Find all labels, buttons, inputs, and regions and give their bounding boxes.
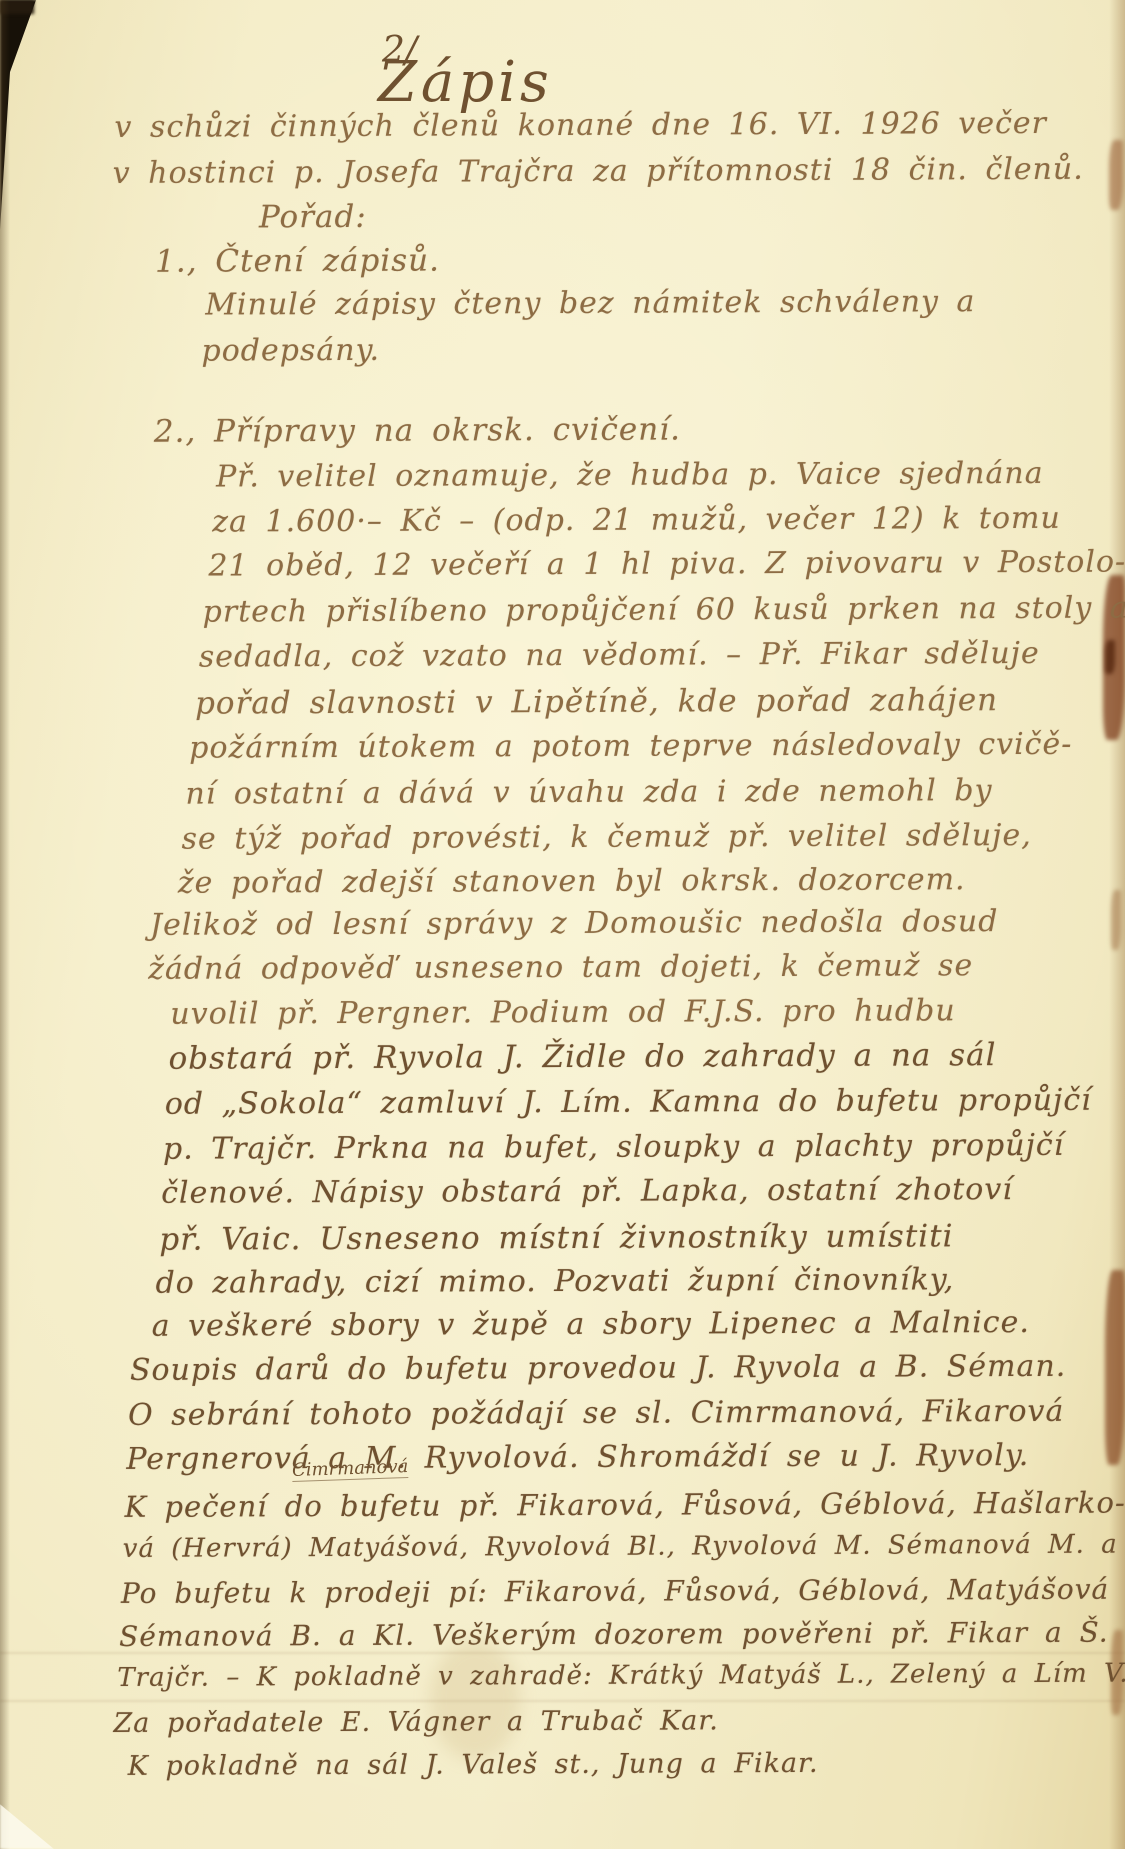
handwritten-line: členové. Nápisy obstará př. Lapka, ostat… — [161, 1172, 1013, 1211]
handwritten-line: K pečení do bufetu př. Fikarová, Fůsová,… — [124, 1486, 1125, 1524]
handwritten-line: požárním útokem a potom teprve následova… — [189, 727, 1072, 766]
handwritten-line: podepsány. — [201, 333, 380, 369]
handwritten-line: Za pořadatele E. Vágner a Trubač Kar. — [113, 1705, 719, 1739]
handwritten-line: do zahrady, cizí mimo. Pozvati župní čin… — [155, 1262, 954, 1300]
handwritten-line: za 1.600·– Kč – (odp. 21 mužů, večer 12)… — [212, 501, 1061, 540]
handwritten-line: Př. velitel oznamuje, že hudba p. Vaice … — [216, 456, 1044, 495]
handwritten-line: uvolil př. Pergner. Podium od F.J.S. pro… — [170, 993, 955, 1031]
handwritten-line: vá (Hervrá) Matyášová, Ryvolová Bl., Ryv… — [123, 1529, 1125, 1564]
inserted-word: Cimrmanová — [292, 1456, 409, 1482]
handwritten-line: ní ostatní a dává v úvahu zda i zde nemo… — [185, 773, 992, 812]
handwritten-line: př. Vaic. Usneseno místní živnostníky um… — [159, 1218, 953, 1257]
handwritten-line: obstará př. Ryvola J. Židle do zahrady a… — [169, 1037, 997, 1077]
handwritten-line: v schůzi činných členů konané dne 16. VI… — [114, 106, 1047, 145]
handwritten-line: 2., Přípravy na okrsk. cvičení. — [154, 411, 681, 449]
handwritten-line: Jelikož od lesní správy z Domoušic nedoš… — [150, 904, 999, 943]
handwritten-line: Sémanová B. a Kl. Veškerým dozorem pověř… — [119, 1616, 1109, 1653]
handwritten-line: prtech přislíbeno propůjčení 60 kusů prk… — [203, 591, 1125, 630]
handwritten-line: Trajčr. – K pokladně v zahradě: Krátký M… — [117, 1659, 1125, 1693]
handwritten-line: K pokladně na sál J. Valeš st., Jung a F… — [128, 1748, 819, 1782]
handwritten-line: 1., Čtení zápisů. — [155, 243, 440, 280]
handwritten-line: Minulé zápisy čteny bez námitek schválen… — [205, 284, 975, 322]
handwritten-line: Po bufetu k prodeji pí: Fikarová, Fůsová… — [121, 1573, 1109, 1610]
handwritten-line: O sebrání tohoto požádají se sl. Cimrman… — [128, 1394, 1064, 1433]
handwritten-line: Pergnerová a M. Ryvolová. Shromáždí se u… — [126, 1438, 1029, 1477]
handwritten-line: že pořad zdejší stanoven byl okrsk. dozo… — [178, 862, 966, 900]
handwritten-line: p. Trajčr. Prkna na bufet, sloupky a pla… — [163, 1128, 1064, 1167]
handwritten-line: sedadla, což vzato na vědomí. – Př. Fika… — [199, 636, 1040, 675]
handwriting-lines: v schůzi činných členů konané dne 16. VI… — [0, 0, 1125, 1849]
handwritten-line: od „Sokola“ zamluví J. Lím. Kamna do buf… — [165, 1083, 1092, 1122]
handwritten-line: Soupis darů do bufetu provedou J. Ryvola… — [130, 1349, 1066, 1388]
handwritten-line: pořad slavnosti v Lipětíně, kde pořad za… — [195, 682, 998, 722]
handwritten-line: a veškeré sbory v župě a sbory Lipenec a… — [152, 1305, 1030, 1344]
handwritten-line: Pořad: — [259, 199, 367, 235]
handwritten-line: v hostinci p. Josefa Trajčra za přítomno… — [113, 152, 1084, 191]
handwritten-line: 21 oběd, 12 večeří a 1 hl piva. Z pivova… — [208, 545, 1125, 584]
handwritten-line: žádná odpověď usneseno tam dojeti, k čem… — [148, 948, 973, 987]
handwritten-line: se týž pořad provésti, k čemuž př. velit… — [182, 818, 1032, 857]
document-page: 2/ Zápis v schůzi činných členů konané d… — [0, 0, 1125, 1849]
